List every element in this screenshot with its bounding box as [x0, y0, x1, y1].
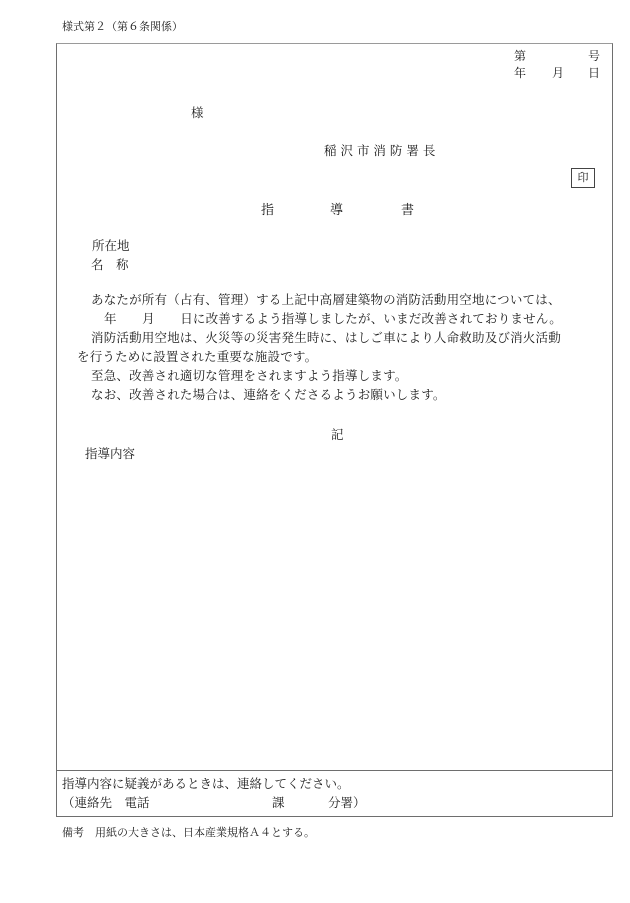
date-year: 年	[514, 64, 526, 81]
body-line-1: あなたが所有（占有、管理）する上記中高層建築物の消防活動用空地については、	[91, 290, 561, 308]
paper-size-note: 備考 用紙の大きさは、日本産業規格Ａ４とする。	[62, 824, 315, 840]
form-identifier: 様式第２（第６条関係）	[62, 18, 183, 34]
date-month: 月	[552, 64, 564, 81]
guidance-content-label: 指導内容	[85, 444, 135, 462]
number-suffix: 号	[588, 47, 600, 64]
footer-divider	[56, 770, 613, 771]
title-char-3: 書	[401, 199, 414, 218]
body-line-2: 年 月 日に改善するよう指導しましたが、いまだ改善されておりません。	[104, 309, 562, 327]
contact-phone-label: （連絡先 電話	[62, 793, 150, 811]
location-label: 所在地	[92, 236, 130, 254]
contact-section-label: 課	[272, 793, 285, 811]
body-line-3: 消防活動用空地は、火災等の災害発生時に、はしご車により人命救助及び消火活動	[91, 328, 561, 346]
body-line-4: を行うために設置された重要な施設です。	[77, 347, 317, 365]
contact-branch-label: 分署）	[328, 793, 366, 811]
body-line-5: 至急、改善され適切な管理をされますよう指導します。	[91, 366, 408, 384]
addressee-suffix: 様	[191, 103, 204, 121]
number-prefix: 第	[514, 47, 526, 64]
ki-heading: 記	[331, 425, 344, 443]
title-char-2: 導	[330, 199, 343, 218]
date-day: 日	[588, 64, 600, 81]
body-line-6: なお、改善された場合は、連絡をくださるようお願いします。	[91, 385, 446, 403]
issuer-name: 稲 沢 市 消 防 署 長	[324, 141, 435, 159]
name-label: 名 称	[91, 255, 129, 273]
title-char-1: 指	[261, 199, 274, 218]
seal-box: 印	[571, 168, 595, 188]
inquiry-text: 指導内容に疑義があるときは、連絡してください。	[62, 774, 350, 792]
